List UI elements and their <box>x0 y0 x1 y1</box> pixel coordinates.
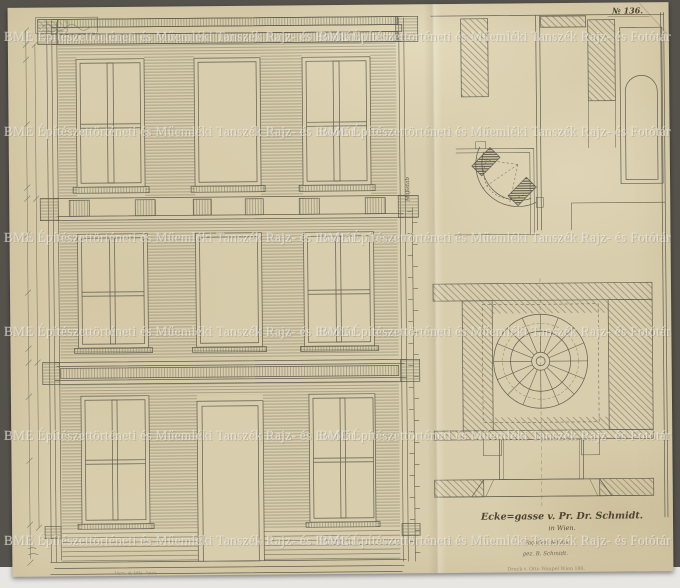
architectural-drawing: Maßstab <box>8 2 674 577</box>
oriel-pier-wedge-2 <box>508 177 536 205</box>
floor1-windows <box>72 57 375 194</box>
fold-crease-line <box>640 3 674 41</box>
oriel-plan <box>456 141 544 235</box>
corner-note-scribble <box>28 548 38 555</box>
paper-sheet: Maßstab <box>8 2 674 577</box>
title-line2: in Wien. <box>549 524 576 532</box>
pier-detail-right <box>588 20 616 148</box>
title-line4: gez. B. Schmidt. <box>523 551 569 557</box>
imprint-right: Druck v. Otto Waupel Wien 186. <box>507 566 585 573</box>
sheet-number: № 136. <box>611 5 643 15</box>
dome-ceiling-plan <box>433 277 654 509</box>
scanned-sheet-photo: Maßstab <box>0 0 680 588</box>
corbel-row-1 <box>69 198 385 217</box>
scale-ruler <box>407 207 420 561</box>
pier-detail-left <box>461 19 489 97</box>
floor2-windows <box>78 232 375 349</box>
facade-elevation <box>38 16 423 574</box>
arched-window-detail <box>620 27 663 183</box>
title-line3: Façaden details. <box>523 540 570 546</box>
scale-ruler-label: Maßstab <box>405 176 411 202</box>
entrance-door <box>197 401 264 562</box>
dimension-lines <box>23 28 43 566</box>
oriel-pier-wedge-1 <box>472 148 500 176</box>
title-block: Ecke=gasse v. Pr. Dr. Schmidt. in Wien. … <box>480 510 643 557</box>
detail-section <box>431 12 668 519</box>
title-line1: Ecke=gasse v. Pr. Dr. Schmidt. <box>480 510 643 522</box>
